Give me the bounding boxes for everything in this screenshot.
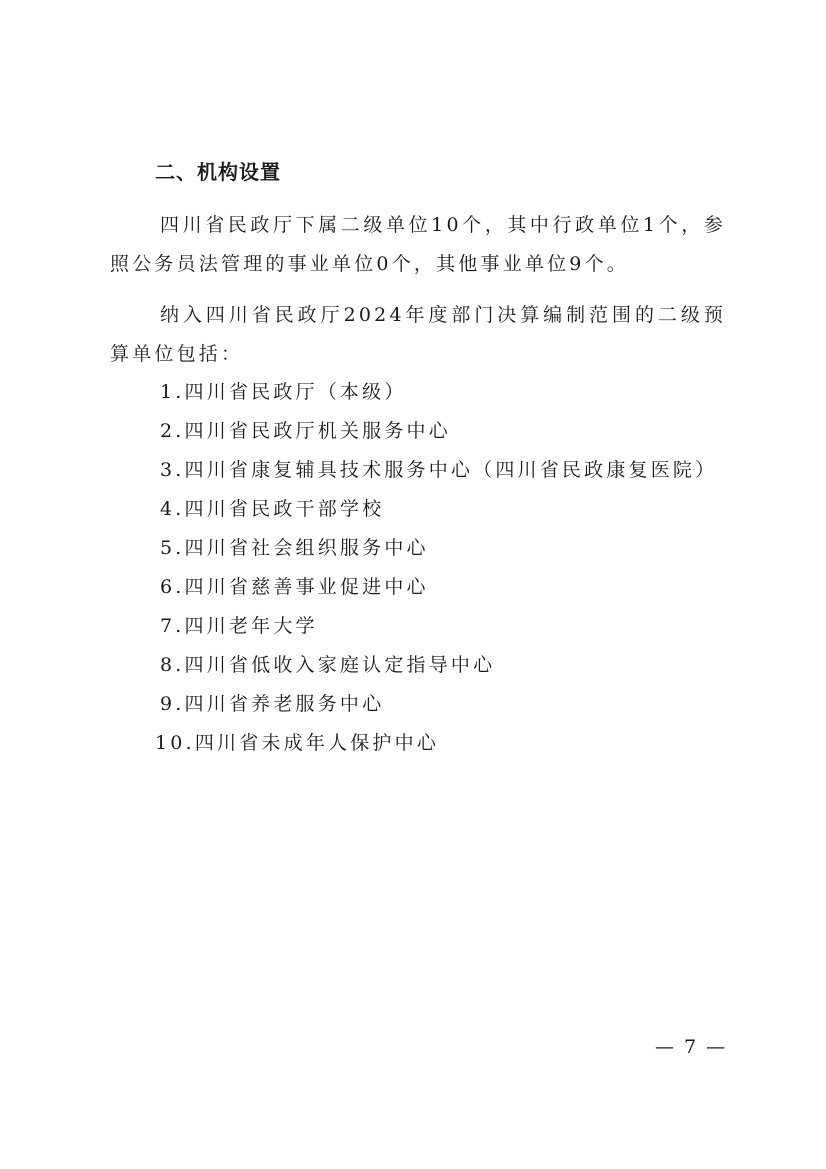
list-item: 7.四川老年大学 [160,611,318,638]
list-item: 5.四川省社会组织服务中心 [160,533,429,560]
list-item: 10.四川省未成年人保护中心 [155,728,439,755]
list-item: 3.四川省康复辅具技术服务中心（四川省民政康复医院） [160,455,717,482]
paragraph-scope-intro: 纳入四川省民政厅2024年度部门决算编制范围的二级预算单位包括： [110,296,726,374]
list-item: 1.四川省民政厅（本级） [160,377,407,404]
page-number: — 7 — [655,1036,727,1058]
list-item: 8.四川省低收入家庭认定指导中心 [160,650,495,677]
list-item: 4.四川省民政干部学校 [160,494,384,521]
list-item: 2.四川省民政厅机关服务中心 [160,416,451,443]
paragraph-unit-summary: 四川省民政厅下属二级单位10个，其中行政单位1个，参照公务员法管理的事业单位0个… [110,206,726,284]
list-item: 6.四川省慈善事业促进中心 [160,572,429,599]
section-heading: 二、机构设置 [155,156,281,185]
list-item: 9.四川省养老服务中心 [160,689,384,716]
